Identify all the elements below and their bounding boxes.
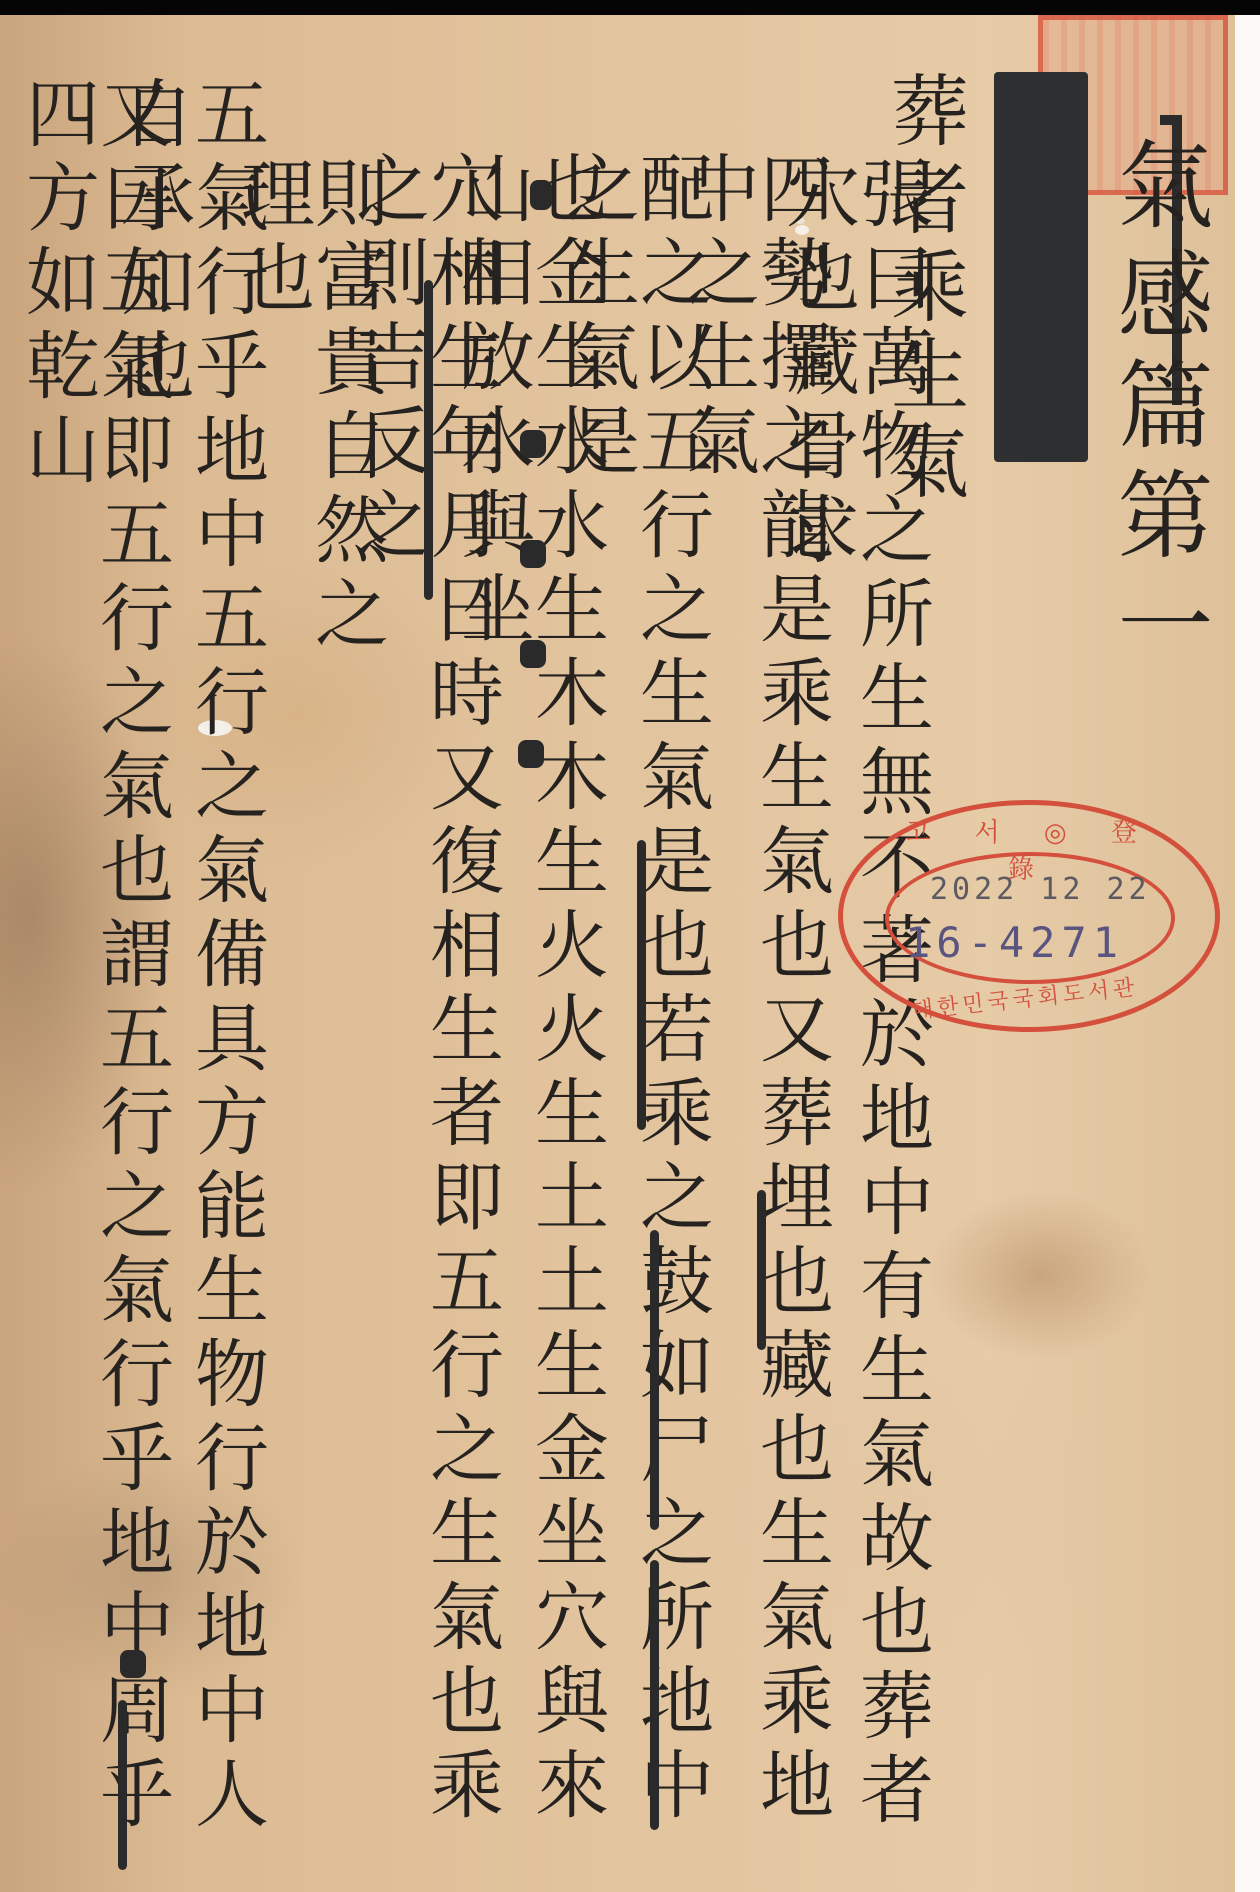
- emphasis-line: [424, 280, 433, 600]
- emphasis-dot: [530, 180, 552, 210]
- emphasis-line: [650, 1560, 659, 1830]
- emphasis-line: [650, 1230, 659, 1530]
- emphasis-dot: [120, 1650, 146, 1678]
- emphasis-line: [118, 1700, 127, 1870]
- text-column-8: 又曰五氣即五行之氣也謂五行之氣行乎地中周乎四方如乾山: [20, 75, 168, 1885]
- emphasis-dot: [520, 640, 546, 668]
- emphasis-dot: [520, 540, 546, 568]
- emphasis-line: [637, 840, 646, 1130]
- redaction-label: [994, 72, 1088, 462]
- right-margin: [1235, 15, 1260, 1892]
- emphasis-line: [757, 1190, 766, 1350]
- stamp-registration-number: 16-4271: [905, 918, 1124, 967]
- stamp-date: 2022 12 22: [930, 872, 1151, 907]
- emphasis-dot: [518, 740, 544, 768]
- emphasis-dot: [520, 430, 546, 458]
- top-black-bar: [0, 0, 1260, 15]
- chapter-title: 氣感篇第一: [1110, 135, 1206, 695]
